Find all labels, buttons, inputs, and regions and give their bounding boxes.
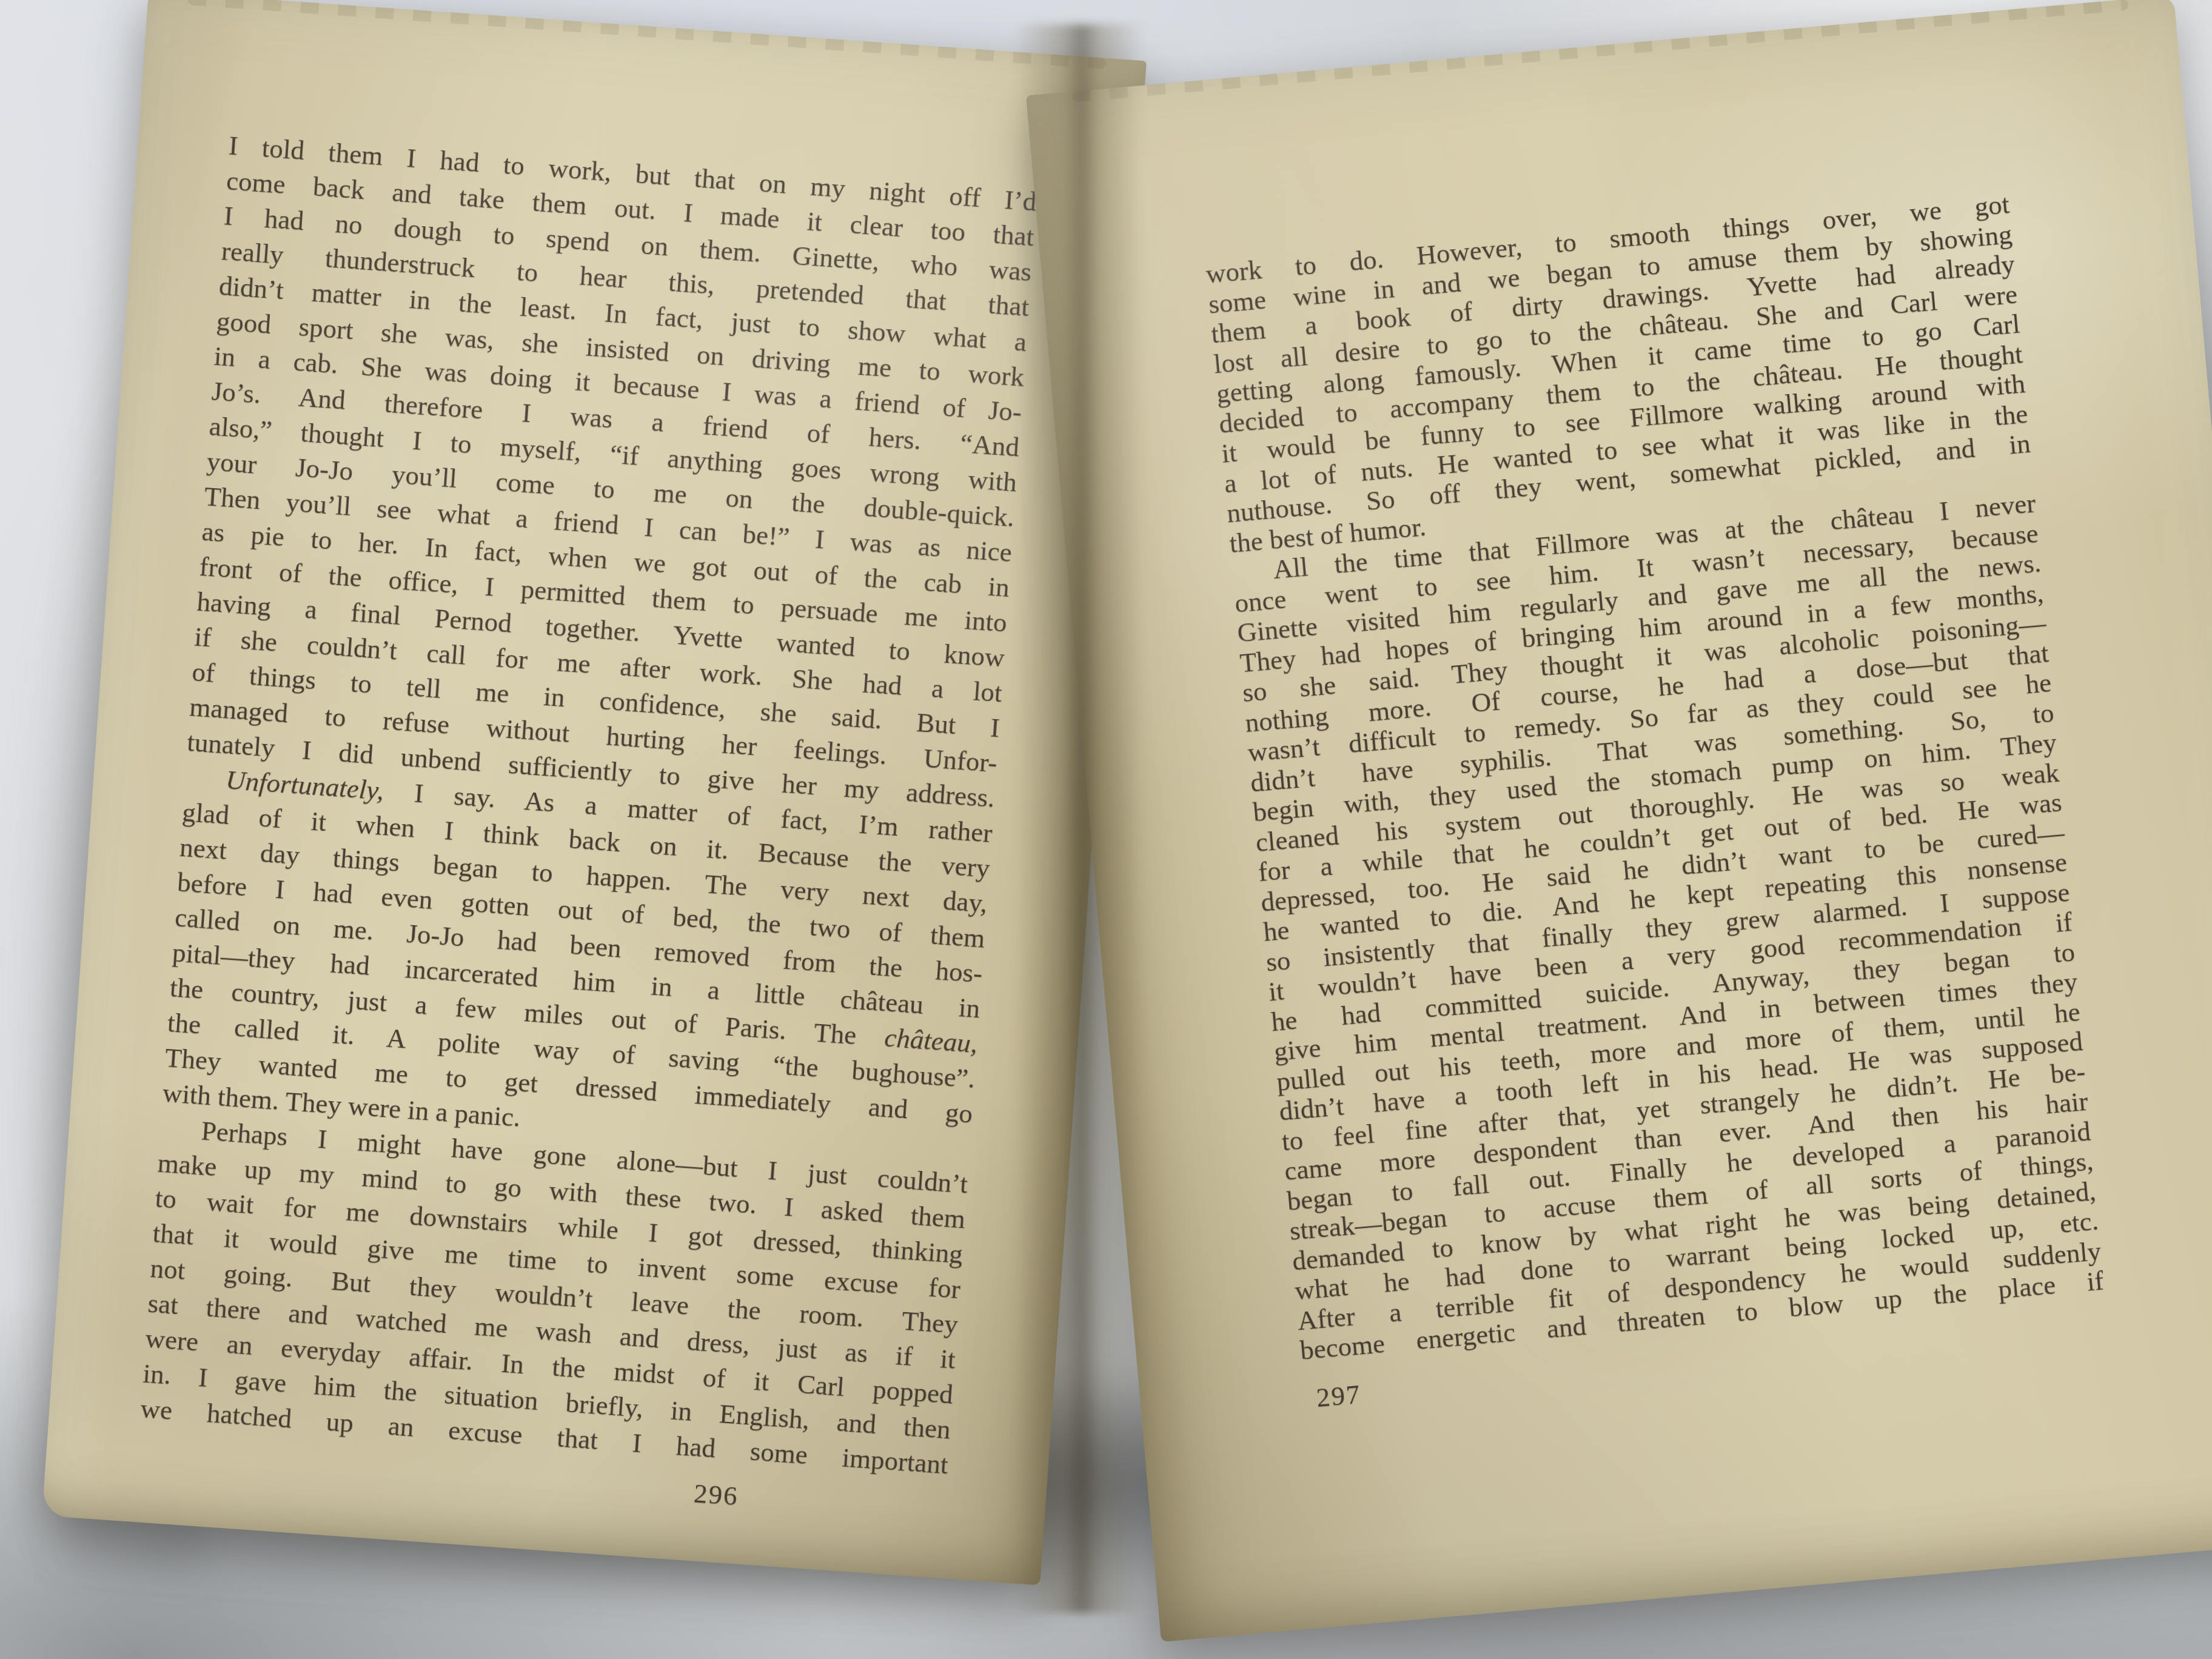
book-gutter-shadow	[1014, 24, 1144, 1613]
left-page-text: I told them I had to work, but that on m…	[136, 127, 1038, 1528]
open-book-photo: I told them I had to work, but that on m…	[0, 0, 2212, 1659]
right-page: work to do. However, to smooth things ov…	[1026, 0, 2212, 1642]
left-page: I told them I had to work, but that on m…	[42, 0, 1147, 1585]
right-page-text: work to do. However, to smooth things ov…	[1205, 189, 2109, 1414]
